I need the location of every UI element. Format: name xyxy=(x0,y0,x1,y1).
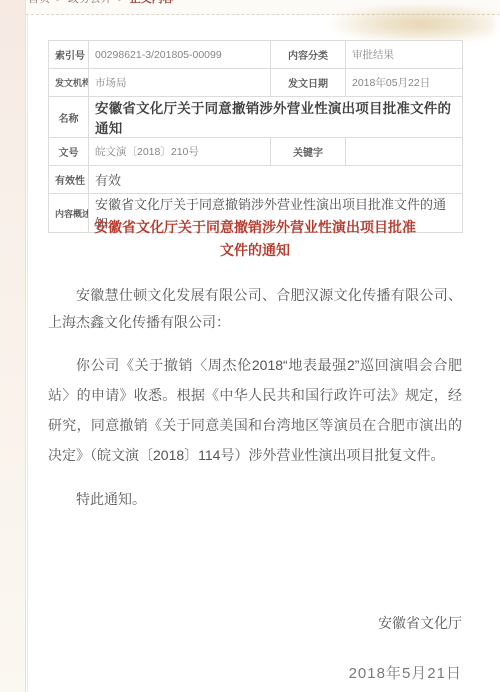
table-row: 文号 皖文演〔2018〕210号 关键字 xyxy=(49,138,463,166)
notice-title-block: 安徽省文化厅关于同意撤销涉外营业性演出项目批准文件的通知 xyxy=(48,216,462,262)
breadcrumb-text: 首页>政务公开>正文内容 xyxy=(28,0,174,8)
document-info-table: 索引号 00298621-3/201805-00099 内容分类 审批结果 发文… xyxy=(48,40,463,233)
notice-title: 安徽省文化厅关于同意撤销涉外营业性演出项目批准文件的通知 xyxy=(90,216,420,262)
paper-stain xyxy=(330,4,495,40)
notice-closing: 特此通知。 xyxy=(48,486,462,513)
notice-signer: 安徽省文化厅 xyxy=(48,613,462,633)
breadcrumb-separator: > xyxy=(56,0,62,5)
breadcrumb-separator: > xyxy=(118,0,124,5)
page-left-margin xyxy=(0,0,26,692)
notice-main-text: 你公司《关于撤销〈周杰伦2018“地表最强2”巡回演唱会合肥站〉的申请》收悉。根… xyxy=(48,350,462,470)
table-row: 有效性 有效 xyxy=(49,166,463,194)
table-row: 发文机构 市场局 发文日期 2018年05月22日 xyxy=(49,69,463,97)
notice-page: { "breadcrumb": { "home": "首页", "section… xyxy=(0,0,500,692)
validity-label: 有效性 xyxy=(49,166,89,194)
notice-salutation: 安徽慧仕顿文化发展有限公司、合肥汉源文化传播有限公司、上海杰鑫文化传播有限公司： xyxy=(48,282,462,336)
index-number-label: 索引号 xyxy=(49,41,89,69)
index-number-value: 00298621-3/201805-00099 xyxy=(89,41,271,69)
doc-number-label: 文号 xyxy=(49,138,89,166)
keywords-label: 关键字 xyxy=(271,138,346,166)
doc-number-value: 皖文演〔2018〕210号 xyxy=(89,138,271,166)
notice-date: 2018年5月21日 xyxy=(48,663,462,685)
breadcrumb-home[interactable]: 首页 xyxy=(28,0,50,5)
keywords-value xyxy=(346,138,463,166)
issuing-agency-value: 市场局 xyxy=(89,69,271,97)
issue-date-label: 发文日期 xyxy=(271,69,346,97)
validity-value: 有效 xyxy=(89,166,463,194)
margin-divider xyxy=(27,0,28,692)
notice-body: 安徽慧仕顿文化发展有限公司、合肥汉源文化传播有限公司、上海杰鑫文化传播有限公司：… xyxy=(48,282,462,685)
name-value: 安徽省文化厅关于同意撤销涉外营业性演出项目批准文件的通知 xyxy=(89,97,463,138)
table-row: 名称 安徽省文化厅关于同意撤销涉外营业性演出项目批准文件的通知 xyxy=(49,97,463,138)
table-row: 索引号 00298621-3/201805-00099 内容分类 审批结果 xyxy=(49,41,463,69)
breadcrumb[interactable]: 首页>政务公开>正文内容 xyxy=(28,0,174,8)
name-label: 名称 xyxy=(49,97,89,138)
content-category-value: 审批结果 xyxy=(346,41,463,69)
issuing-agency-label: 发文机构 xyxy=(49,69,89,97)
issue-date-value: 2018年05月22日 xyxy=(346,69,463,97)
content-category-label: 内容分类 xyxy=(271,41,346,69)
breadcrumb-current: 正文内容 xyxy=(130,0,174,5)
breadcrumb-section[interactable]: 政务公开 xyxy=(68,0,112,5)
